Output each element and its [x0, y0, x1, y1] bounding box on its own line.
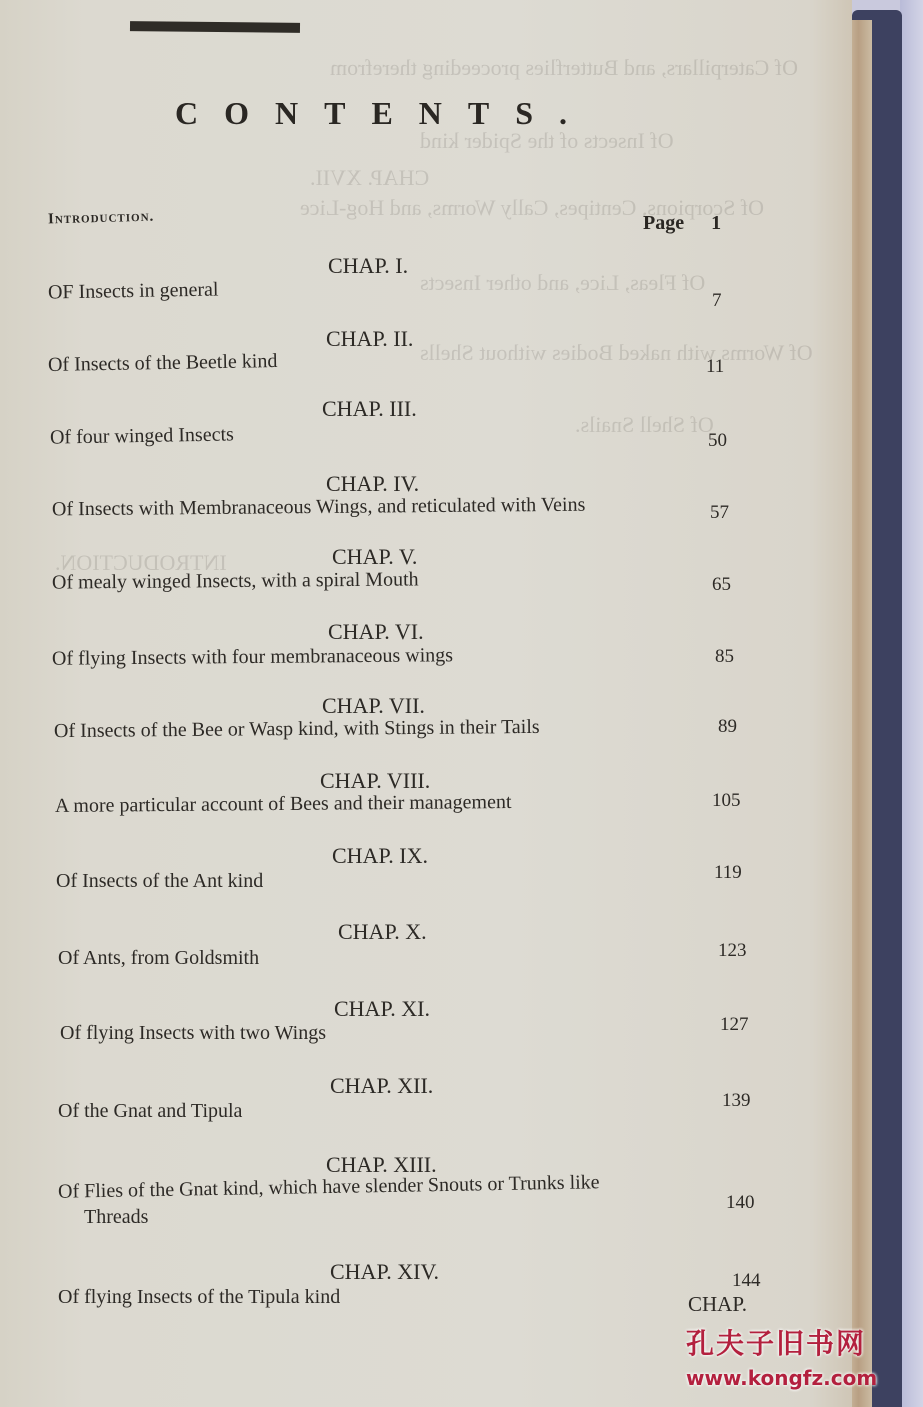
- chapter-heading: CHAP. VII.: [322, 693, 425, 719]
- chapter-title: Of Ants, from Goldsmith: [58, 947, 259, 970]
- chapter-heading: CHAP. IX.: [332, 843, 428, 869]
- chapter-title: Of Insects of the Bee or Wasp kind, with…: [54, 716, 540, 743]
- chapter-title: Of four winged Insects: [50, 423, 234, 449]
- page-label: Page: [643, 212, 684, 234]
- chapter-page: 105: [712, 790, 741, 812]
- book-page: Of Caterpillars, and Butterflies proceed…: [0, 0, 852, 1407]
- chapter-heading: CHAP. II.: [326, 326, 413, 352]
- chapter-page: 89: [718, 716, 737, 738]
- bleed-through-text: Of Fleas, Lice, and other Insects: [420, 270, 705, 296]
- chapter-page: 127: [720, 1014, 749, 1036]
- chapter-title: Of flying Insects of the Tipula kind: [58, 1286, 340, 1309]
- chapter-page: 11: [706, 356, 724, 378]
- introduction-page: Page 1: [643, 212, 721, 235]
- page-title: CONTENTS.: [175, 95, 593, 132]
- chapter-title: Of Flies of the Gnat kind, which have sl…: [58, 1171, 600, 1203]
- bleed-through-text: Of Shell Snails.: [575, 412, 714, 438]
- chapter-page: 123: [718, 940, 747, 962]
- chapter-title: A more particular account of Bees and th…: [55, 791, 512, 818]
- chapter-page: 57: [710, 502, 729, 524]
- chapter-heading: CHAP. III.: [322, 396, 417, 422]
- chapter-page: 50: [708, 430, 727, 452]
- chapter-heading: CHAP. VI.: [328, 619, 424, 645]
- watermark: 孔夫子旧书网 www.kongfz.com: [686, 1322, 877, 1390]
- chapter-heading: CHAP. VIII.: [320, 768, 430, 794]
- chapter-heading: CHAP. X.: [338, 919, 427, 945]
- chapter-page: 140: [726, 1192, 755, 1214]
- chapter-page: 144: [732, 1270, 761, 1292]
- chapter-page: 85: [715, 646, 734, 668]
- chapter-page: 7: [712, 290, 722, 312]
- chapter-heading: CHAP. V.: [332, 544, 417, 570]
- chapter-title: OF Insects in general: [48, 279, 219, 305]
- chapter-title: Of mealy winged Insects, with a spiral M…: [52, 568, 419, 594]
- bleed-through-text: Of Worms with naked Bodies without Shell…: [420, 340, 813, 366]
- chapter-title-continued: Threads: [84, 1206, 148, 1229]
- chapter-heading: CHAP. IV.: [326, 471, 419, 497]
- chapter-title: Of Insects of the Beetle kind: [48, 350, 278, 377]
- introduction-label: Introduction.: [48, 209, 155, 229]
- chapter-title: Of flying Insects with two Wings: [60, 1022, 326, 1045]
- watermark-url: www.kongfz.com: [686, 1366, 877, 1390]
- chapter-heading: CHAP. I.: [328, 253, 408, 279]
- header-rule: [130, 21, 300, 33]
- chapter-title: Of Insects of the Ant kind: [56, 870, 263, 893]
- chapter-page: 65: [712, 574, 731, 596]
- chapter-heading: CHAP. XII.: [330, 1073, 433, 1099]
- bleed-through-text: Of Caterpillars, and Butterflies proceed…: [330, 55, 798, 81]
- bleed-through-text: CHAP. XVII.: [310, 165, 429, 191]
- chapter-heading: CHAP. XI.: [334, 996, 430, 1022]
- page-number: 1: [711, 212, 721, 234]
- background: [900, 0, 923, 1407]
- watermark-chinese: 孔夫子旧书网: [686, 1322, 877, 1362]
- chapter-title: Of the Gnat and Tipula: [58, 1100, 242, 1123]
- chapter-title: Of flying Insects with four membranaceou…: [52, 644, 453, 670]
- chapter-page: 139: [722, 1090, 751, 1112]
- catchword: CHAP.: [688, 1292, 747, 1317]
- chapter-title: Of Insects with Membranaceous Wings, and…: [52, 494, 586, 522]
- chapter-heading: CHAP. XIV.: [330, 1259, 439, 1285]
- chapter-page: 119: [714, 862, 742, 884]
